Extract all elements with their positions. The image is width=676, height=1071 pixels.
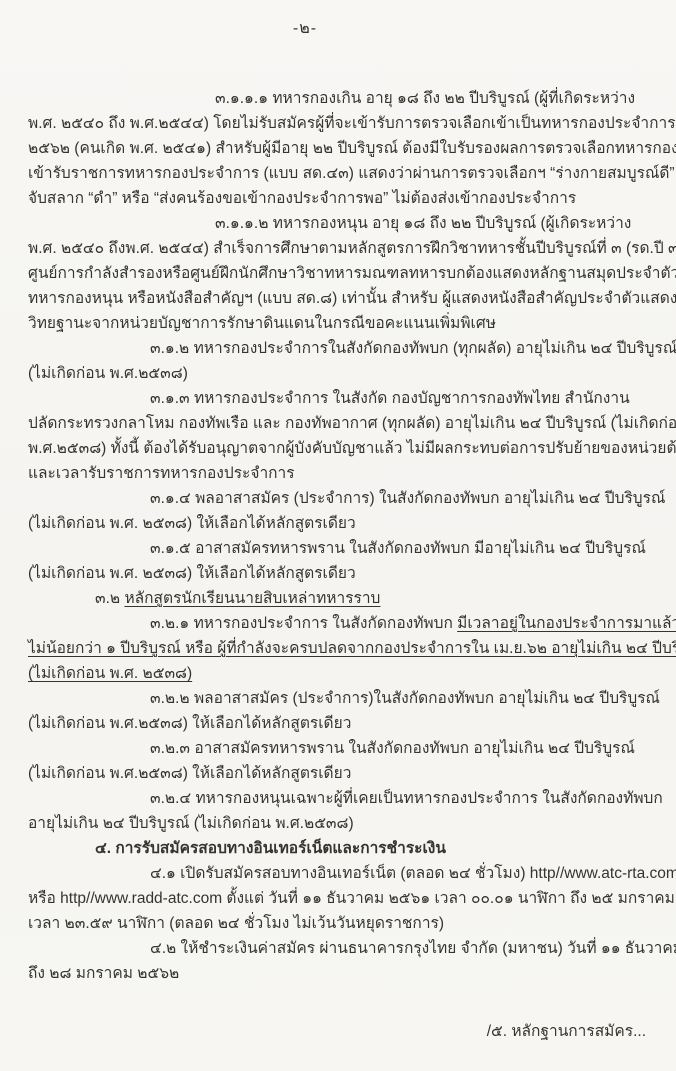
text-line: ๓.๒.๓ อาสาสมัครทหารพราน ในสังกัดกองทัพบก… <box>28 736 652 761</box>
text-segment: ๓.๒.๑ ทหารกองประจำการ ในสังกัดกองทัพบก <box>150 615 457 632</box>
text-line: ๓.๒.๔ ทหารกองหนุนเฉพาะผู้ที่เคยเป็นทหารก… <box>28 786 652 811</box>
text-segment: (ไม่เกิดก่อน พ.ศ.๒๕๓๘) ให้เลือกได้หลักสู… <box>28 765 351 782</box>
text-segment: จับสลาก “ดำ” หรือ “ส่งคนร้องขอเข้ากองประ… <box>28 190 576 207</box>
text-segment: (ไม่เกิดก่อน พ.ศ.๒๕๓๘) ให้เลือกได้หลักสู… <box>28 715 351 732</box>
text-line: เข้ารับราชการทหารกองประจำการ (แบบ สด.๔๓)… <box>28 161 652 186</box>
text-line: ๔. การรับสมัครสอบทางอินเทอร์เน็ตและการชำ… <box>28 836 652 861</box>
text-line: เวลา ๒๓.๕๙ นาฬิกา (ตลอด ๒๔ ชั่วโมง ไม่เว… <box>28 911 652 936</box>
text-line: ๓.๒.๒ พลอาสาสมัคร (ประจำการ)ในสังกัดกองท… <box>28 686 652 711</box>
text-line: วิทยฐานะจากหน่วยบัญชาการรักษาดินแดนในกรณ… <box>28 311 652 336</box>
scanned-document-page: -๒- ๓.๑.๑.๑ ทหารกองเกิน อายุ ๑๘ ถึง ๒๒ ป… <box>0 0 676 1071</box>
text-line: และเวลารับราชการทหารกองประจำการ <box>28 461 652 486</box>
text-segment: ถึง ๒๘ มกราคม ๒๕๖๒ <box>28 965 179 982</box>
underlined-text: (ไม่เกิดก่อน พ.ศ. ๒๕๓๘) <box>28 665 192 682</box>
text-segment: ๓.๑.๕ อาสาสมัครทหารพราน ในสังกัดกองทัพบก… <box>150 540 646 557</box>
page-number: -๒- <box>0 16 610 41</box>
text-line: ศูนย์การกำลังสำรองหรือศูนย์ฝึกนักศึกษาวิ… <box>28 261 652 286</box>
text-line: (ไม่เกิดก่อน พ.ศ. ๒๕๓๘) ให้เลือกได้หลักส… <box>28 561 652 586</box>
text-line: ๓.๑.๑.๑ ทหารกองเกิน อายุ ๑๘ ถึง ๒๒ ปีบริ… <box>28 86 652 111</box>
text-line: ๓.๑.๒ ทหารกองประจำการในสังกัดกองทัพบก (ท… <box>28 336 652 361</box>
text-segment: เวลา ๒๓.๕๙ นาฬิกา (ตลอด ๒๔ ชั่วโมง ไม่เว… <box>28 915 444 932</box>
text-segment: ศูนย์การกำลังสำรองหรือศูนย์ฝึกนักศึกษาวิ… <box>28 265 676 282</box>
underlined-text: มีเวลาอยู่ในกองประจำการมาแล้ว <box>457 615 676 632</box>
text-line: (ไม่เกิดก่อน พ.ศ.๒๕๓๘) ให้เลือกได้หลักสู… <box>28 711 652 736</box>
text-line: ๔.๒ ให้ชำระเงินค่าสมัคร ผ่านธนาคารกรุงไท… <box>28 936 652 961</box>
text-line: ปลัดกระทรวงกลาโหม กองทัพเรือ และ กองทัพอ… <box>28 411 652 436</box>
text-segment: ๓.๑.๓ ทหารกองประจำการ ในสังกัด กองบัญชาก… <box>150 390 630 407</box>
text-segment: ๒๕๖๒ (คนเกิด พ.ศ. ๒๕๔๑) สำหรับผู้มีอายุ … <box>28 140 676 157</box>
text-line: ไม่น้อยกว่า ๑ ปีบริบูรณ์ หรือ ผู้ที่กำลั… <box>28 636 652 661</box>
text-line: อายุไม่เกิน ๒๔ ปีบริบูรณ์ (ไม่เกิดก่อน พ… <box>28 811 652 836</box>
text-line: ๓.๑.๕ อาสาสมัครทหารพราน ในสังกัดกองทัพบก… <box>28 536 652 561</box>
text-line: หรือ http//www.radd-atc.com ตั้งแต่ วันท… <box>28 886 652 911</box>
text-line: (ไม่เกิดก่อน พ.ศ. ๒๕๓๘) <box>28 661 652 686</box>
text-line: (ไม่เกิดก่อน พ.ศ. ๒๕๓๘) ให้เลือกได้หลักส… <box>28 511 652 536</box>
text-segment: ๔.๒ ให้ชำระเงินค่าสมัคร ผ่านธนาคารกรุงไท… <box>150 940 676 957</box>
text-segment: (ไม่เกิดก่อน พ.ศ. ๒๕๓๘) ให้เลือกได้หลักส… <box>28 565 356 582</box>
continuation-note: /๕. หลักฐานการสมัคร... <box>487 1018 646 1043</box>
text-line: พ.ศ.๒๕๓๘) ทั้งนี้ ต้องได้รับอนุญาตจากผู้… <box>28 436 652 461</box>
text-line: ทหารกองหนุน หรือหนังสือสำคัญฯ (แบบ สด.๘)… <box>28 286 652 311</box>
text-segment: เข้ารับราชการทหารกองประจำการ (แบบ สด.๔๓)… <box>28 165 676 182</box>
text-segment: พ.ศ.๒๕๓๘) ทั้งนี้ ต้องได้รับอนุญาตจากผู้… <box>28 440 676 457</box>
text-segment: ๓.๑.๑.๒ ทหารกองหนุน อายุ ๑๘ ถึง ๒๒ ปีบริ… <box>215 215 631 232</box>
text-line: ถึง ๒๘ มกราคม ๒๕๖๒ <box>28 961 652 986</box>
text-segment: ทหารกองหนุน หรือหนังสือสำคัญฯ (แบบ สด.๘)… <box>28 290 676 307</box>
text-line: ๓.๒ หลักสูตรนักเรียนนายสิบเหล่าทหารราบ <box>28 586 652 611</box>
text-segment: พ.ศ. ๒๕๔๐ ถึง พ.ศ.๒๕๔๔) โดยไม่รับสมัครผู… <box>28 115 676 132</box>
text-segment: ๓.๒.๓ อาสาสมัครทหารพราน ในสังกัดกองทัพบก… <box>150 740 635 757</box>
text-line: พ.ศ. ๒๕๔๐ ถึงพ.ศ. ๒๕๔๔) สำเร็จการศึกษาตา… <box>28 236 652 261</box>
text-segment: และเวลารับราชการทหารกองประจำการ <box>28 465 295 482</box>
text-line: จับสลาก “ดำ” หรือ “ส่งคนร้องขอเข้ากองประ… <box>28 186 652 211</box>
text-segment: หรือ http//www.radd-atc.com ตั้งแต่ วันท… <box>28 890 676 907</box>
text-segment: ๓.๒.๔ ทหารกองหนุนเฉพาะผู้ที่เคยเป็นทหารก… <box>150 790 663 807</box>
text-segment: ปลัดกระทรวงกลาโหม กองทัพเรือ และ กองทัพอ… <box>28 415 676 432</box>
text-segment: อายุไม่เกิน ๒๔ ปีบริบูรณ์ (ไม่เกิดก่อน พ… <box>28 815 354 832</box>
text-segment: (ไม่เกิดก่อน พ.ศ.๒๕๓๘) <box>28 365 188 382</box>
text-segment: ๓.๑.๔ พลอาสาสมัคร (ประจำการ) ในสังกัดกอง… <box>150 490 665 507</box>
text-segment: (ไม่เกิดก่อน พ.ศ. ๒๕๓๘) ให้เลือกได้หลักส… <box>28 515 356 532</box>
text-segment: พ.ศ. ๒๕๔๐ ถึงพ.ศ. ๒๕๔๔) สำเร็จการศึกษาตา… <box>28 240 676 257</box>
text-segment: ๓.๑.๒ ทหารกองประจำการในสังกัดกองทัพบก (ท… <box>150 340 676 357</box>
text-line: (ไม่เกิดก่อน พ.ศ.๒๕๓๘) ให้เลือกได้หลักสู… <box>28 761 652 786</box>
text-line: ๔.๑ เปิดรับสมัครสอบทางอินเทอร์เน็ต (ตลอด… <box>28 861 652 886</box>
text-line: ๓.๒.๑ ทหารกองประจำการ ในสังกัดกองทัพบก ม… <box>28 611 652 636</box>
text-line: ๓.๑.๓ ทหารกองประจำการ ในสังกัด กองบัญชาก… <box>28 386 652 411</box>
text-line: (ไม่เกิดก่อน พ.ศ.๒๕๓๘) <box>28 361 652 386</box>
document-body: ๓.๑.๑.๑ ทหารกองเกิน อายุ ๑๘ ถึง ๒๒ ปีบริ… <box>28 86 652 986</box>
text-segment: วิทยฐานะจากหน่วยบัญชาการรักษาดินแดนในกรณ… <box>28 315 496 332</box>
text-line: พ.ศ. ๒๕๔๐ ถึง พ.ศ.๒๕๔๔) โดยไม่รับสมัครผู… <box>28 111 652 136</box>
text-line: ๓.๑.๔ พลอาสาสมัคร (ประจำการ) ในสังกัดกอง… <box>28 486 652 511</box>
text-segment: ๔. การรับสมัครสอบทางอินเทอร์เน็ตและการชำ… <box>95 840 446 857</box>
text-line: ๓.๑.๑.๒ ทหารกองหนุน อายุ ๑๘ ถึง ๒๒ ปีบริ… <box>28 211 652 236</box>
underlined-text: หลักสูตรนักเรียนนายสิบเหล่าทหารราบ <box>124 590 380 607</box>
text-segment: ๔.๑ เปิดรับสมัครสอบทางอินเทอร์เน็ต (ตลอด… <box>150 865 676 882</box>
text-line: ๒๕๖๒ (คนเกิด พ.ศ. ๒๕๔๑) สำหรับผู้มีอายุ … <box>28 136 652 161</box>
text-segment: ๓.๒.๒ พลอาสาสมัคร (ประจำการ)ในสังกัดกองท… <box>150 690 660 707</box>
underlined-text: ไม่น้อยกว่า ๑ ปีบริบูรณ์ หรือ ผู้ที่กำลั… <box>28 640 676 657</box>
text-segment: ๓.๑.๑.๑ ทหารกองเกิน อายุ ๑๘ ถึง ๒๒ ปีบริ… <box>215 90 635 107</box>
text-segment: ๓.๒ <box>95 590 124 607</box>
